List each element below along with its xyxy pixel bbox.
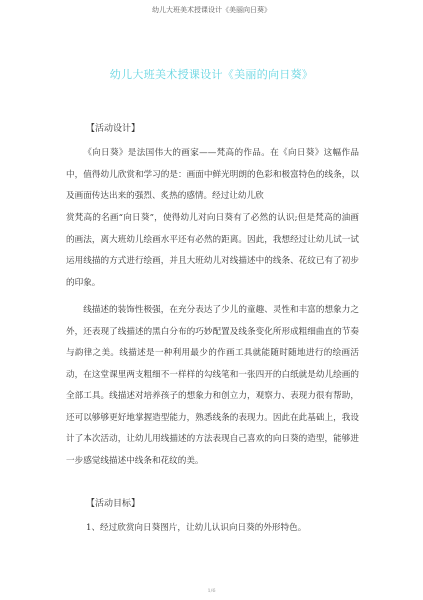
paragraph-text: 《向日葵》是法国伟大的画家——梵高的作品。在《向日葵》这幅作品中，值得幼儿欣赏和… xyxy=(66,143,359,208)
document-title: 幼儿大班美术授课设计《美丽的向日葵》 xyxy=(0,66,423,82)
paragraph-continuation: 赏梵高的名画“向日葵”，使得幼儿对向日葵有了必然的认识;但是梵高的油画的画法，离… xyxy=(66,208,359,294)
paragraph-line-drawing: 线描述的装饰性极强，在充分表达了少儿的童趣、灵性和丰富的想象力之外，还表现了线描… xyxy=(66,300,359,472)
page-number: 1/6 xyxy=(0,588,423,594)
paragraph-text: 赏梵高的名画“向日葵”，使得幼儿对向日葵有了必然的认识;但是梵高的油画的画法，离… xyxy=(66,208,359,294)
section-heading-activity-design: 【活动设计】 xyxy=(86,121,140,134)
paragraph-text: 线描述的装饰性极强，在充分表达了少儿的童趣、灵性和丰富的想象力之外，还表现了线描… xyxy=(66,300,359,472)
goal-item: 1、经过欣赏向日葵图片，让幼儿认识向日葵的外形特色。 xyxy=(86,521,306,533)
paragraph-intro: 《向日葵》是法国伟大的画家——梵高的作品。在《向日葵》这幅作品中，值得幼儿欣赏和… xyxy=(66,143,359,208)
section-heading-activity-goals: 【活动目标】 xyxy=(86,496,140,509)
running-header: 幼儿大班美术授课设计《美丽向日葵》 xyxy=(0,5,423,15)
